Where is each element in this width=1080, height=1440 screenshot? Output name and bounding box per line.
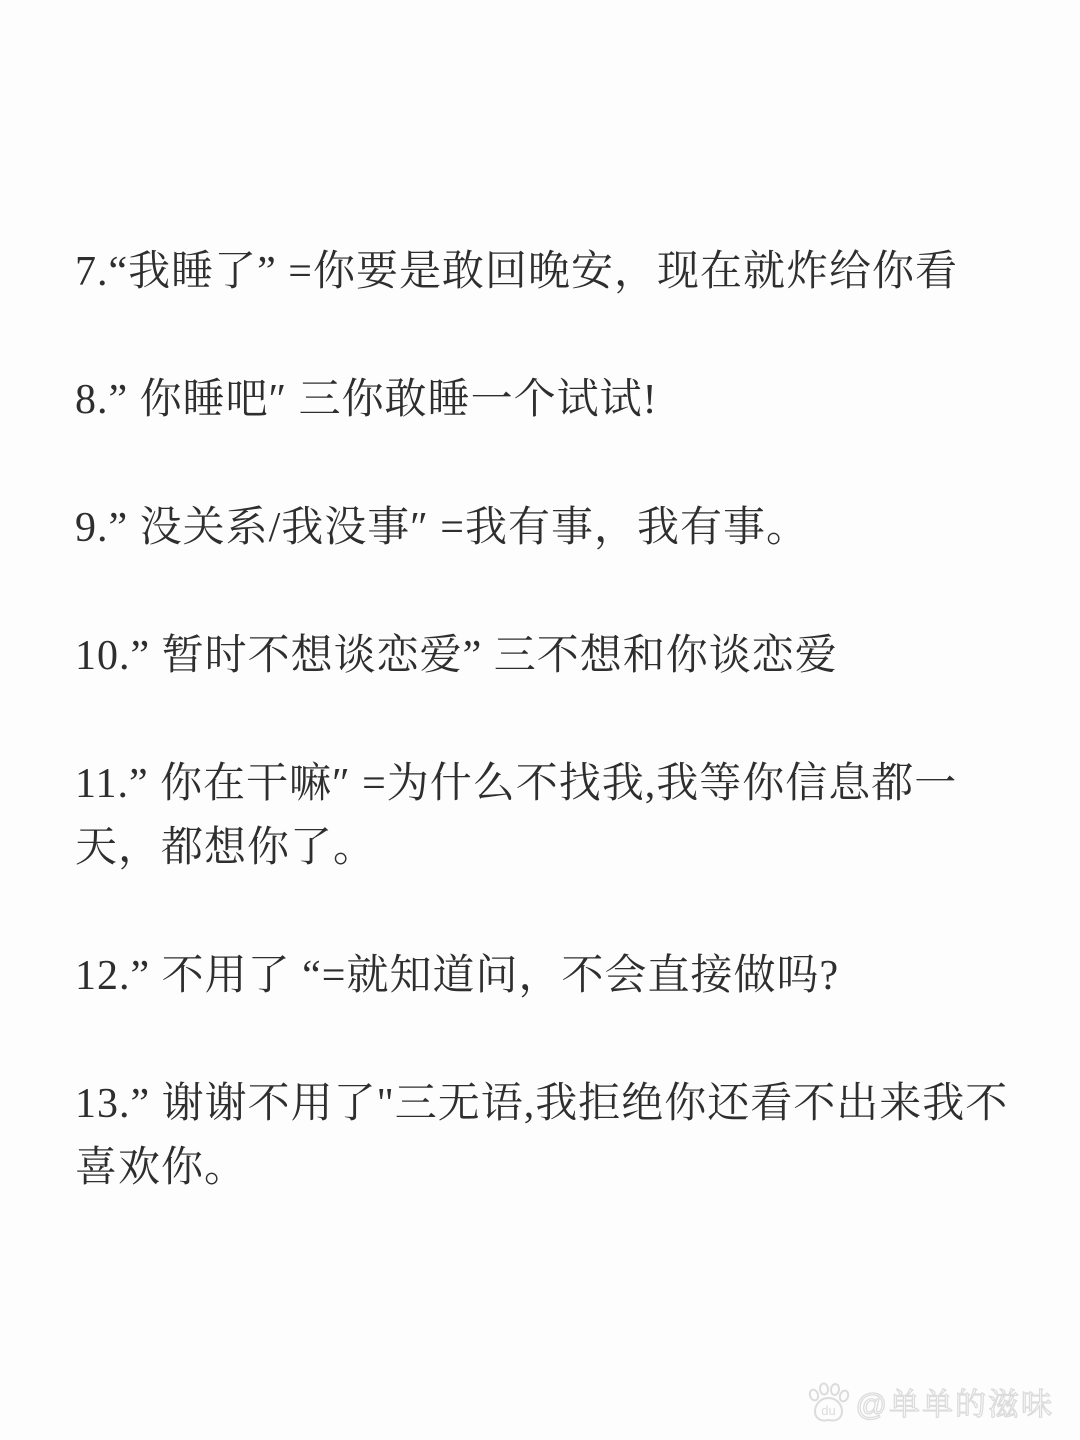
watermark: du @单单的滋味 (806, 1379, 1054, 1424)
paw-icon-du-text: du (821, 1403, 835, 1418)
list-item-12: 12.” 不用了 “=就知道问，不会直接做吗? (75, 944, 1042, 1008)
page-background: 7.“我睡了” =你要是敢回晚安，现在就炸给你看 8.” 你睡吧″ 三你敢睡一个… (0, 0, 1080, 1440)
list-item-9: 9.” 没关系/我没事″ =我有事，我有事。 (75, 496, 1042, 560)
baidu-paw-icon: du (806, 1382, 850, 1422)
quote-list: 7.“我睡了” =你要是敢回晚安，现在就炸给你看 8.” 你睡吧″ 三你敢睡一个… (0, 0, 1080, 1200)
list-item-11: 11.” 你在干嘛″ =为什么不找我,我等你信息都一天，都想你了。 (75, 752, 1042, 880)
list-item-8: 8.” 你睡吧″ 三你敢睡一个试试! (75, 368, 1042, 432)
list-item-10: 10.” 暂时不想谈恋爱” 三不想和你谈恋爱 (75, 624, 1042, 688)
watermark-handle: @单单的滋味 (856, 1379, 1054, 1424)
list-item-13: 13.” 谢谢不用了"三无语,我拒绝你还看不出来我不喜欢你。 (75, 1072, 1042, 1200)
list-item-7: 7.“我睡了” =你要是敢回晚安，现在就炸给你看 (75, 240, 1042, 304)
